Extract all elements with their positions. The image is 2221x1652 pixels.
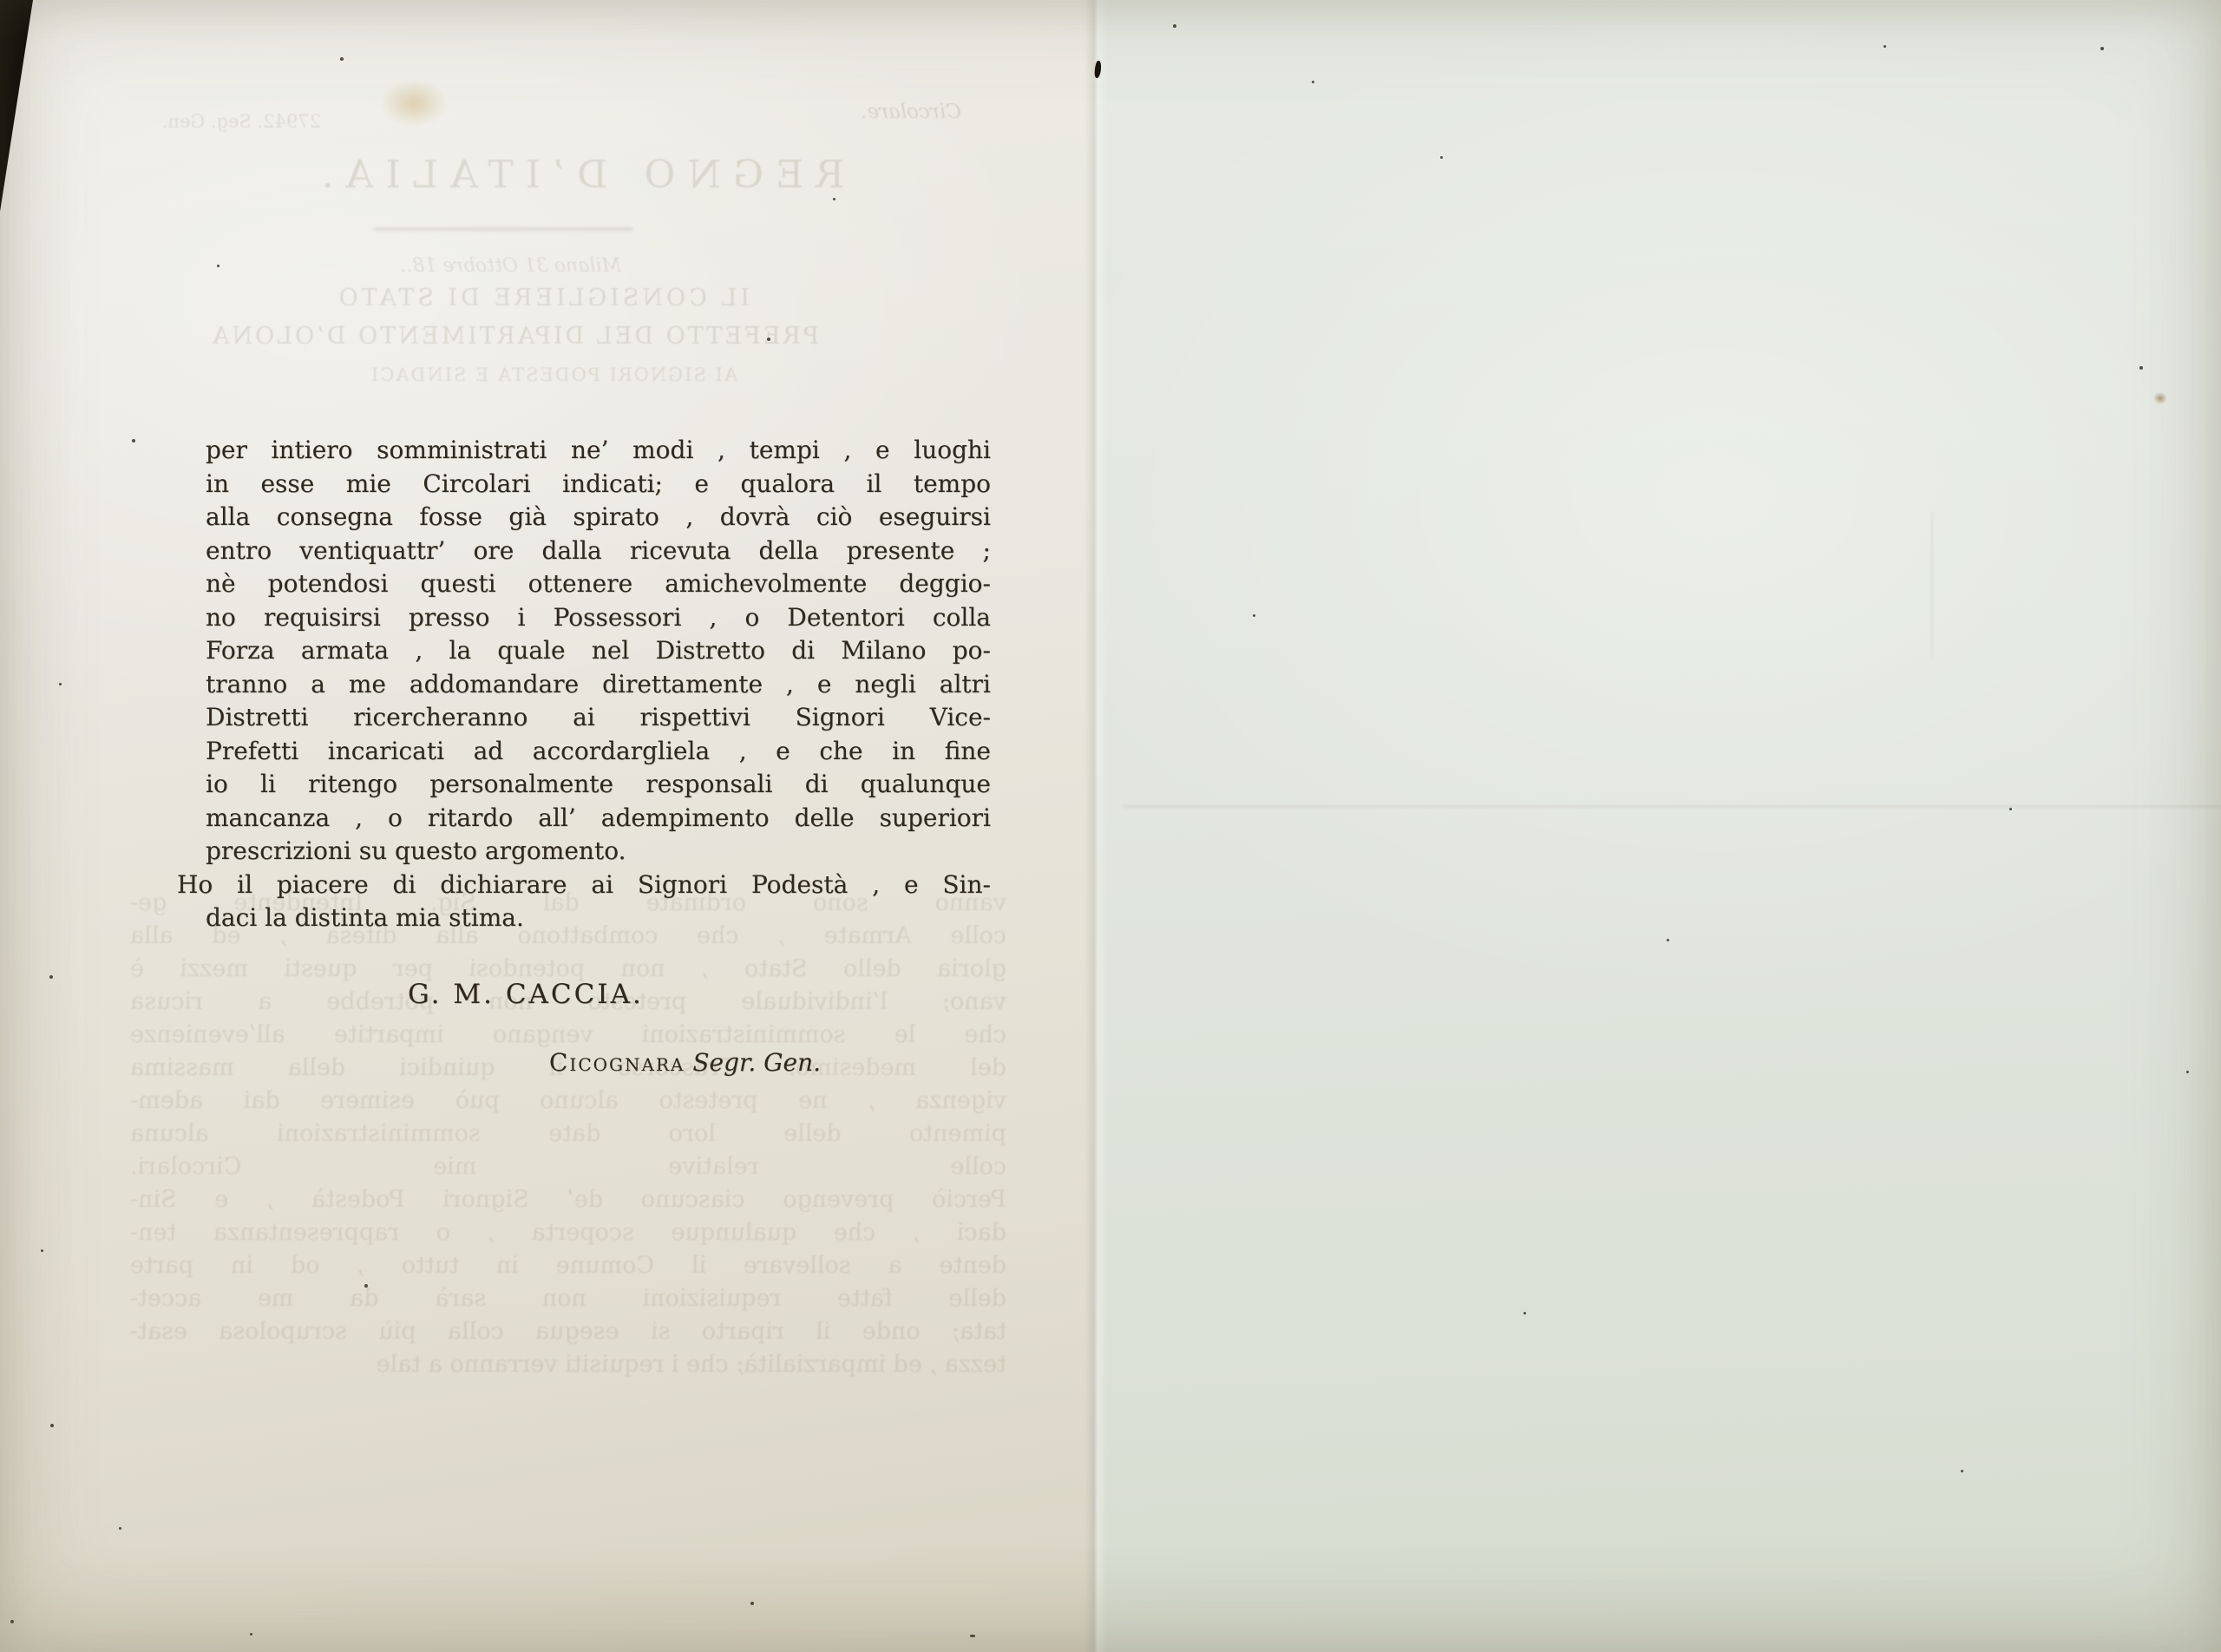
speck <box>1440 156 1443 159</box>
speck <box>1961 1470 1963 1472</box>
body-line: Prefetti incaricati ad accordargliela , … <box>206 735 991 769</box>
speck <box>1173 24 1176 28</box>
bleedthrough-masthead: REGNO D’ITALIA. <box>271 153 883 197</box>
paper-sheet: 27942. Seg. Gen. Circolare. REGNO D’ITAL… <box>0 0 2221 1652</box>
bleedthrough-line: Perciò prevengo ciascuno de’ Signori Pod… <box>130 1183 1006 1216</box>
bleedthrough-heading-3: AI SIGNORI PODESTÀ E SINDACI <box>345 364 762 385</box>
body-line: io li ritengo personalmente responsali d… <box>206 768 991 802</box>
speck <box>132 439 135 442</box>
speck <box>750 1602 754 1605</box>
stain <box>380 80 448 127</box>
page-right-blank <box>1095 0 2221 1652</box>
bleedthrough-dateline: Milano 31 Ottobre 18.. <box>404 255 621 277</box>
speck <box>970 1635 975 1637</box>
body-line: Forza armata , la quale nel Distretto di… <box>206 634 991 668</box>
body-line: Ho il piacere di dichiarare ai Signori P… <box>177 869 991 902</box>
speck <box>10 1620 14 1623</box>
body-line: in esse mie Circolari indicati; e qualor… <box>206 468 991 501</box>
horizontal-crease <box>1124 805 2221 808</box>
speck <box>2009 808 2012 810</box>
signature-line: G. M. CACCIA. <box>408 979 644 1010</box>
speck <box>2100 47 2104 50</box>
secretary-title: Segr. Gen. <box>685 1048 821 1077</box>
body-line: daci la distinta mia stima. <box>206 901 991 935</box>
speck <box>50 1424 54 1427</box>
body-line: mancanza , o ritardo all’ adempimento de… <box>206 802 991 836</box>
speck <box>1667 939 1669 941</box>
bleedthrough-rule <box>373 227 633 231</box>
speck <box>2139 366 2143 370</box>
bleedthrough-line: vigenza , ne pretesto alcuno può esimere… <box>130 1085 1006 1118</box>
speck <box>250 1633 252 1636</box>
speck <box>1312 81 1314 83</box>
speck <box>767 338 770 341</box>
bleedthrough-heading-1: IL CONSIGLIERE DI STATO <box>371 285 750 311</box>
speck <box>119 1527 121 1530</box>
speck <box>1884 45 1886 48</box>
stain <box>2153 392 2167 404</box>
bleedthrough-registry-fragment: 27942. Seg. Gen. <box>174 111 321 132</box>
speck <box>59 683 62 685</box>
speck <box>41 1249 43 1252</box>
bleedthrough-line: pimento delle loro date somministrazioni… <box>130 1118 1006 1150</box>
body-line: prescrizioni su questo argomento. <box>206 835 991 869</box>
bleedthrough-line: tezza , ed imparzialità; che i requisiti… <box>130 1348 1006 1381</box>
vertical-crease <box>1931 512 1933 659</box>
bleedthrough-heading-2: PREFETTO DEL DIPARTIMENTO D’OLONA <box>302 323 819 350</box>
letter-body: per intiero somministrati ne’ modi , tem… <box>206 434 991 935</box>
body-line: tranno a me addomandare direttamente , e… <box>206 668 991 702</box>
scanned-document: 27942. Seg. Gen. Circolare. REGNO D’ITAL… <box>0 0 2221 1652</box>
body-line: nè potendosi questi ottenere amichevolme… <box>206 567 991 601</box>
body-line: Distretti ricercheranno ai rispettivi Si… <box>206 701 991 735</box>
speck <box>217 265 219 267</box>
bleedthrough-line: tata; onde il riparto si esegua colla pi… <box>130 1315 1006 1348</box>
secretary-line: Cicognara Segr. Gen. <box>549 1048 821 1077</box>
speck <box>1523 1312 1526 1314</box>
body-line: no requisirsi presso i Possessori , o De… <box>206 601 991 635</box>
speck <box>49 975 53 979</box>
speck <box>364 1284 368 1288</box>
body-line: per intiero somministrati ne’ modi , tem… <box>206 434 991 468</box>
bleedthrough-line: dente a sollevare il Comune in tutto , o… <box>130 1249 1006 1282</box>
bleedthrough-paragraph: vanno sono ordinate dal Sig. Intendente … <box>130 887 1006 1381</box>
bleedthrough-line: delle fatte requisizioni non sarà da me … <box>130 1282 1006 1315</box>
body-line: alla consegna fosse già spirato , dovrà … <box>206 501 991 534</box>
speck <box>2186 1071 2189 1073</box>
body-line: entro ventiquattr’ ore dalla ricevuta de… <box>206 534 991 568</box>
bleedthrough-line: che le somministrazioni vengano impartit… <box>130 1019 1006 1052</box>
secretary-name: Cicognara <box>549 1048 685 1077</box>
speck <box>1253 614 1255 617</box>
bleedthrough-line: colle relative mie Circolari. <box>130 1150 1006 1183</box>
speck <box>340 57 344 61</box>
bleedthrough-line: daci , che qualunque scoperta , o rappre… <box>130 1216 1006 1249</box>
speck <box>833 198 835 200</box>
bleedthrough-circolare-fragment: Circolare. <box>855 101 967 123</box>
